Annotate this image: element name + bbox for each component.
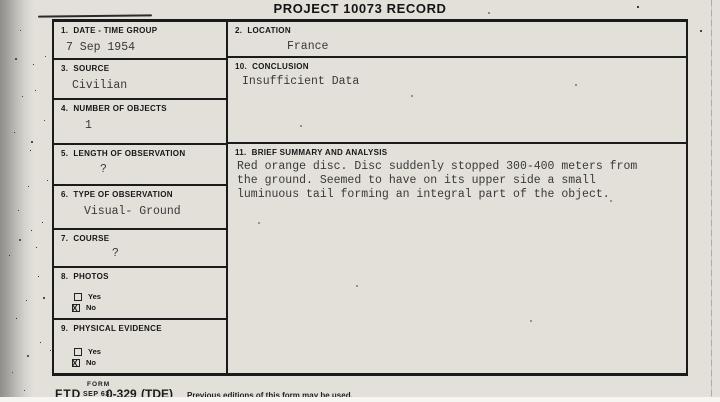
field-value: ? [112,247,226,260]
field-label: 1. DATE - TIME GROUP [54,22,226,35]
field-type-of-observation: 6. TYPE OF OBSERVATION Visual- Ground [54,186,226,230]
field-label: 6. TYPE OF OBSERVATION [54,186,226,199]
document-title: PROJECT 10073 RECORD [0,1,720,16]
field-date-time-group: 1. DATE - TIME GROUP 7 Sep 1954 [54,22,226,60]
field-label: 8. PHOTOS [54,268,226,281]
photos-yes-checkbox [74,293,82,301]
field-label: 4. NUMBER OF OBJECTS [54,100,226,113]
scan-bottom-edge [0,397,720,402]
physical-evidence-yes-checkbox [74,348,82,356]
field-length-of-observation: 5. LENGTH OF OBSERVATION ? [54,145,226,186]
field-brief-summary: 11. BRIEF SUMMARY AND ANALYSIS Red orang… [228,144,686,373]
field-value: Civilian [72,79,226,92]
form-right-column: 2. LOCATION France 10. CONCLUSION Insuff… [226,22,686,373]
field-value: Insufficient Data [242,75,686,88]
field-label: 11. BRIEF SUMMARY AND ANALYSIS [228,144,686,157]
form-left-column: 1. DATE - TIME GROUP 7 Sep 1954 3. SOURC… [54,22,226,373]
field-value: France [287,40,686,53]
record-form-table: 1. DATE - TIME GROUP 7 Sep 1954 3. SOURC… [52,19,688,376]
field-physical-evidence: 9. PHYSICAL EVIDENCE Yes No [54,320,226,373]
field-value: ? [100,163,226,176]
field-value: Visual- Ground [84,205,226,218]
field-source: 3. SOURCE Civilian [54,60,226,100]
field-label: 3. SOURCE [54,60,226,73]
physical-evidence-no-label: No [86,358,96,368]
photos-yes-label: Yes [88,292,101,302]
photos-no-label: No [86,303,96,313]
page-edge-line [711,0,712,402]
photos-no-checkbox [72,304,80,312]
field-value: Red orange disc. Disc suddenly stopped 3… [237,160,678,202]
field-value: 7 Sep 1954 [66,41,226,54]
field-course: 7. COURSE ? [54,230,226,268]
physical-evidence-no-checkbox [72,359,80,367]
field-label: 5. LENGTH OF OBSERVATION [54,145,226,158]
physical-evidence-yes-label: Yes [88,347,101,357]
field-photos: 8. PHOTOS Yes No [54,268,226,320]
field-number-of-objects: 4. NUMBER OF OBJECTS 1 [54,100,226,145]
field-location: 2. LOCATION France [228,22,686,58]
field-label: 2. LOCATION [228,22,686,35]
scanned-document-page: PROJECT 10073 RECORD 1. DATE - TIME GROU… [0,0,720,402]
field-label: 9. PHYSICAL EVIDENCE [54,320,226,333]
field-label: 10. CONCLUSION [228,58,686,71]
field-value: 1 [85,119,226,132]
field-conclusion: 10. CONCLUSION Insufficient Data [228,58,686,144]
field-label: 7. COURSE [54,230,226,243]
scan-edge-shadow [0,0,34,402]
